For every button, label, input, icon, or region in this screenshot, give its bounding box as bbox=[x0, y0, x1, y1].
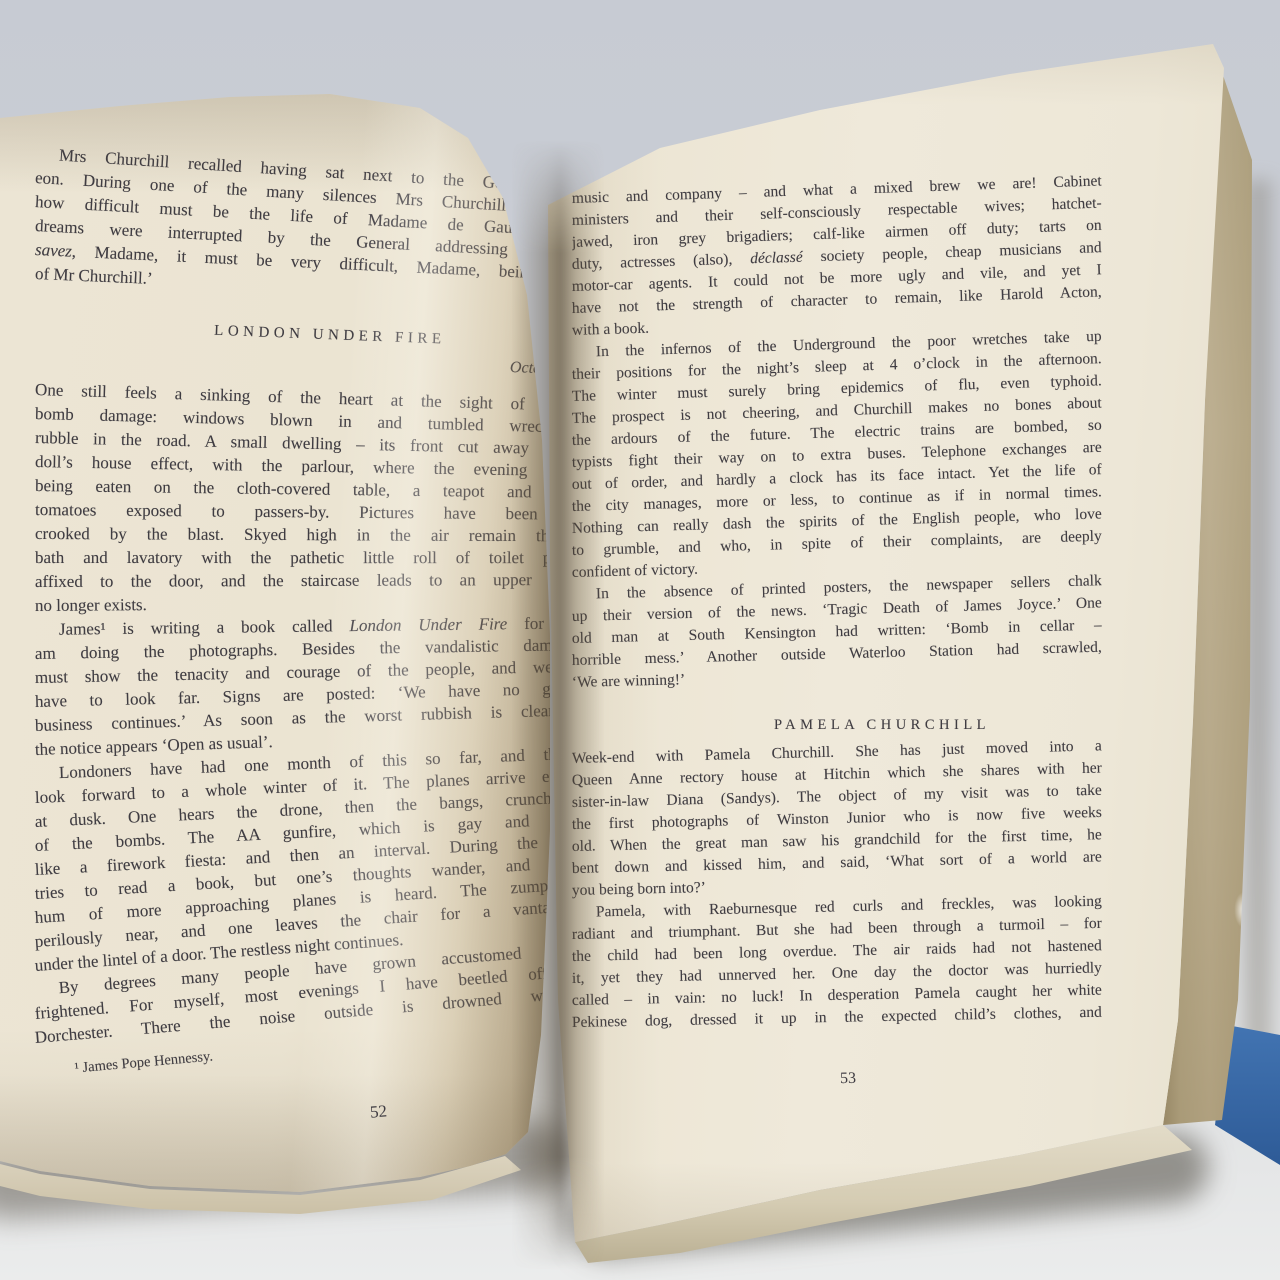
text-line: bath and lavatory with the pathetic litt… bbox=[35, 546, 625, 570]
left-page-text: Mrs Churchill recalled having sat next t… bbox=[35, 142, 625, 1084]
right-page: music and company – and what a mixed bre… bbox=[510, 30, 1255, 1275]
text-line: crooked by the blast. Skyed high in the … bbox=[35, 522, 625, 549]
book-photo: music and company – and what a mixed bre… bbox=[0, 0, 1280, 1280]
right-page-text: music and company – and what a mixed bre… bbox=[572, 188, 1102, 1034]
section-heading: PAMELA CHURCHILL bbox=[617, 714, 1147, 736]
page-number-left: 52 bbox=[369, 1101, 388, 1122]
page-number-right: 53 bbox=[840, 1070, 856, 1088]
left-page: Mrs Churchill recalled having sat next t… bbox=[0, 90, 585, 1235]
